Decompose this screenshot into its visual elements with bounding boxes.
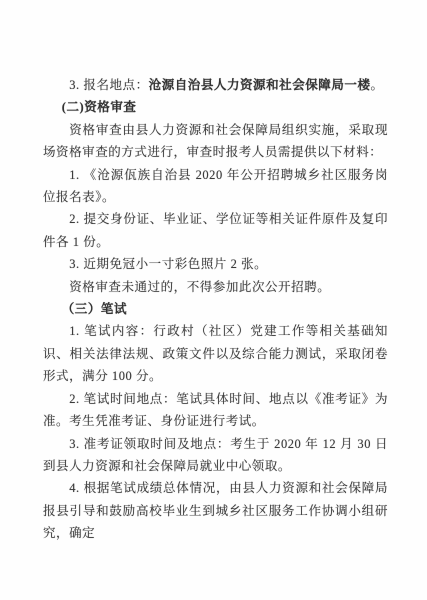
list-item-certificates: 2. 提交身份证、毕业证、学位证等相关证件原件及复印件各 1 份。	[43, 208, 388, 253]
registration-location-value: 沧源自治县人力资源和社会保障局一楼	[149, 78, 371, 92]
registration-location-suffix: 。	[371, 78, 384, 92]
list-item-exam-content: 1. 笔试内容：行政村（社区）党建工作等相关基础知识、相关法律法规、政策文件以及…	[43, 320, 388, 387]
list-item-exam-time-place: 2. 笔试时间地点：笔试具体时间、地点以《准考证》为准。考生凭准考证、身份证进行…	[43, 388, 388, 433]
para-registration-location: 3. 报名地点：沧源自治县人力资源和社会保障局一楼。	[43, 74, 388, 96]
heading-qualification-review: (二)资格审查	[43, 96, 388, 118]
heading-written-exam: （三）笔试	[43, 298, 388, 320]
list-item-score-review: 4. 根据笔试成绩总体情况，由县人力资源和社会保障局报县引导和鼓励高校毕业生到城…	[43, 477, 388, 544]
list-item-photos: 3. 近期免冠小一寸彩色照片 2 张。	[43, 253, 388, 275]
list-item-admission-ticket: 3. 准考证领取时间及地点：考生于 2020 年 12 月 30 日到县人力资源…	[43, 433, 388, 478]
document-text-block: 3. 报名地点：沧源自治县人力资源和社会保障局一楼。 (二)资格审查 资格审查由…	[43, 74, 388, 545]
registration-location-prefix: 3. 报名地点：	[69, 78, 148, 92]
para-review-fail-note: 资格审查未通过的，不得参加此次公开招聘。	[43, 276, 388, 298]
document-page: 3. 报名地点：沧源自治县人力资源和社会保障局一楼。 (二)资格审查 资格审查由…	[0, 0, 427, 600]
para-review-intro: 资格审查由县人力资源和社会保障局组织实施，采取现场资格审查的方式进行，审查时报考…	[43, 119, 388, 164]
list-item-application-form: 1. 《沧源佤族自治县 2020 年公开招聘城乡社区服务岗位报名表》。	[43, 164, 388, 209]
